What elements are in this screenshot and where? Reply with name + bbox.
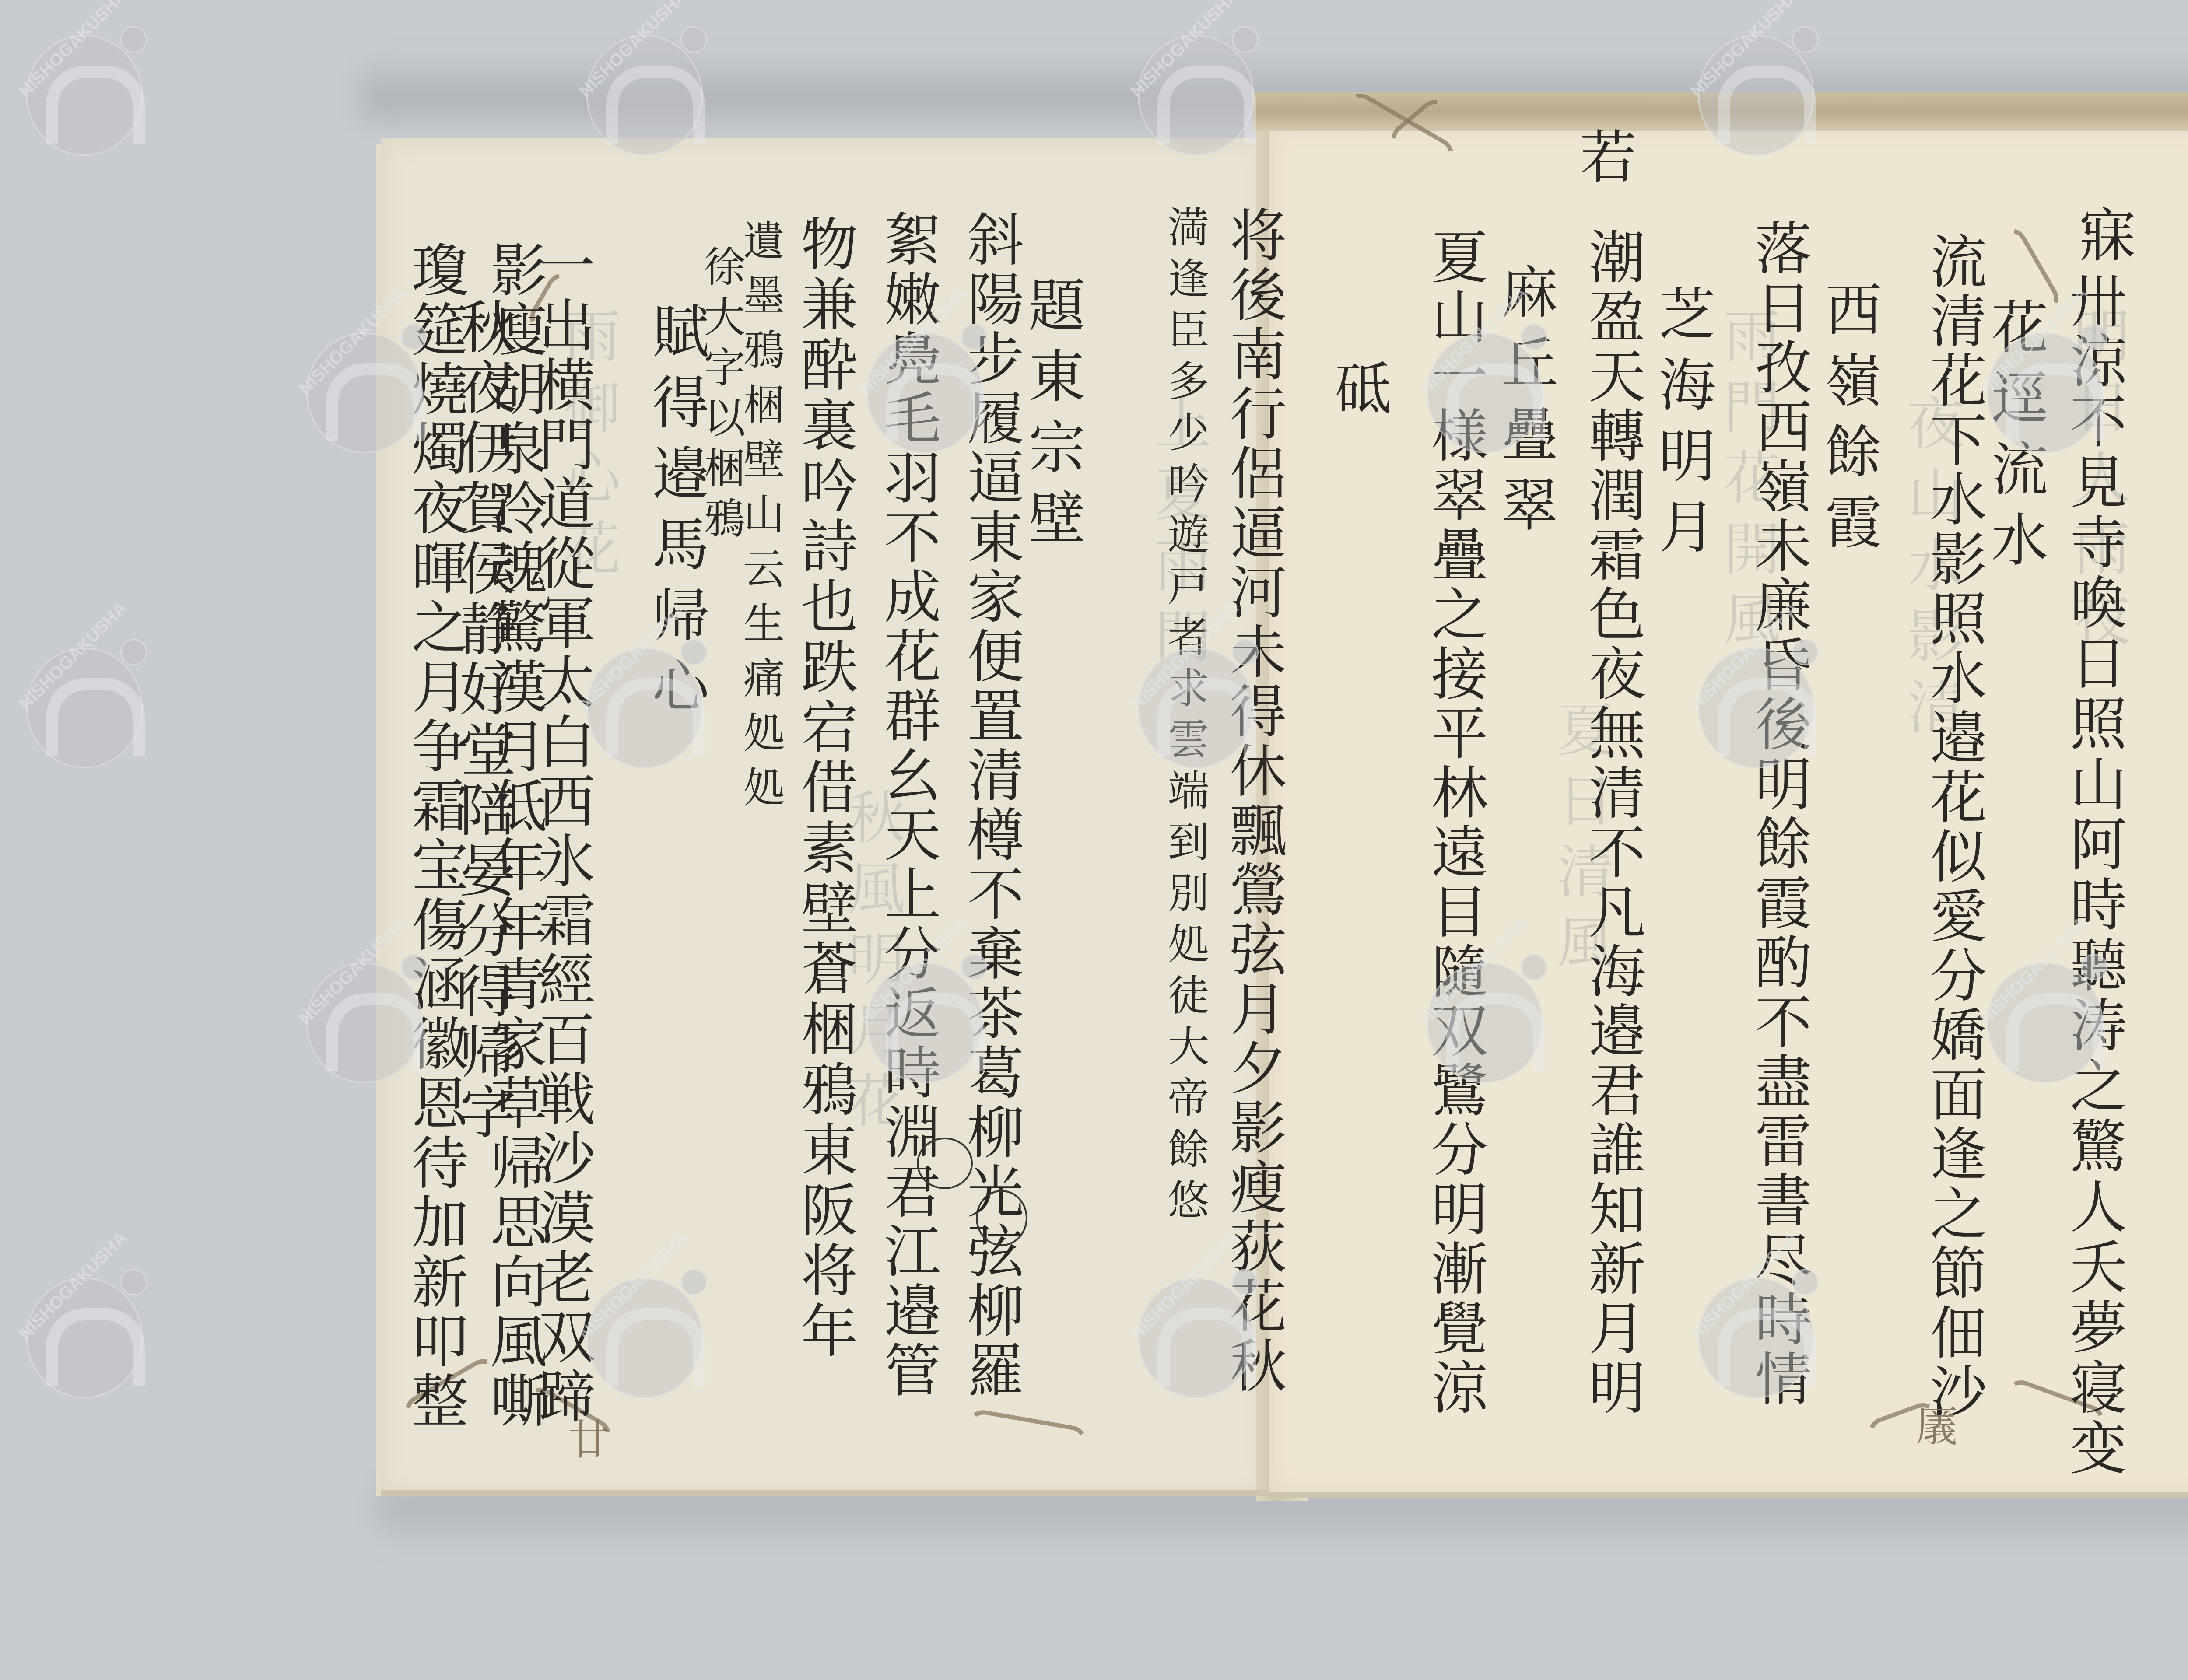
- ink-circle-mark: [917, 1137, 973, 1189]
- left-page-bottom-edge: [381, 1490, 1269, 1496]
- ink-circle-mark: [976, 1190, 1027, 1246]
- text-column: 瓊筵燒燭夜暉之月争霜宝傷涵徽恩待加新叩整: [407, 241, 464, 1431]
- page-title-glyph: 寐: [2074, 206, 2131, 276]
- folio-number: 廿: [565, 1417, 606, 1468]
- text-column: 若: [1575, 127, 1632, 198]
- poem-title: 題東宗壁: [1024, 276, 1081, 559]
- annotation-column: 満逢臣多少吟遊戸者求雲端到別処徒大帝餘悠: [1164, 206, 1206, 1229]
- poem-title: 西嶺餘霞: [1820, 280, 1877, 563]
- poem-title: 花逕流水: [1987, 297, 2044, 581]
- poem-title: 賦得邉馬帰心: [648, 302, 705, 727]
- folio-number: 㕒: [1912, 1404, 1954, 1455]
- annotation-column: 遺墨鴉梱壁山云生痛処処: [740, 219, 781, 820]
- text-column: 絮嫩鳧毛羽不成花群幺天上分返時淵君江邉管: [880, 210, 936, 1400]
- text-column: 流清花下水影照水邉花似愛分嬌面逢之節佃沙: [1925, 232, 1982, 1422]
- text-column: 物兼酔裏吟詩也跌宕借素壁蒼梱鴉東阪将年: [796, 214, 853, 1361]
- text-column: 卅涼不見寺喚日照山阿時聽涛之驚人夭夢寝变: [2065, 271, 2122, 1479]
- right-page-bottom-edge: [1269, 1492, 2188, 1498]
- poem-title: 麻丘疊翠: [1497, 262, 1553, 546]
- text-column: 夏山一様翠疊之接平林遠目隨双鷺分明漸覺涼: [1427, 227, 1483, 1417]
- text-column: 落日孜西嶺未廉昏後明餘霞酌不盡雷書尽時情: [1750, 219, 1807, 1409]
- text-column: 将後南行侶逼河未得休飄鶯弦月夕影瘦荻花秋: [1225, 206, 1282, 1396]
- open-book: 明日人雨夜 夜山水影清 雨門花開風 夏日清風 上夏雨門 秋風明月花 雨御心花 寐…: [0, 0, 2188, 1680]
- text-column: 砥: [1330, 359, 1387, 430]
- poem-title: 芝海明月: [1654, 284, 1711, 568]
- text-column: 潮盈天轉潤霜色夜無清不凡海邉君誰知新月明: [1584, 227, 1641, 1417]
